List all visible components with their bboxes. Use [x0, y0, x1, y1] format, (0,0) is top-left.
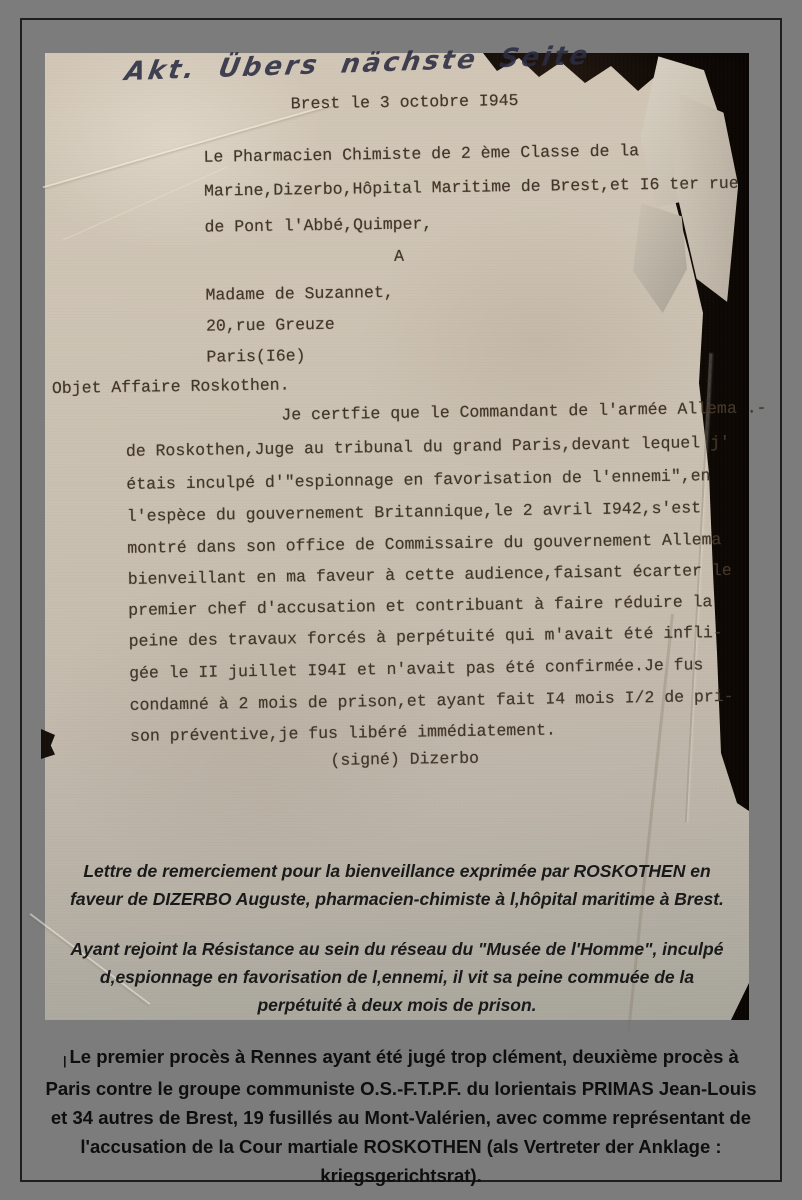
letter-line: son préventive,je fus libéré immédiateme… — [130, 721, 556, 746]
letter-line: A — [394, 247, 404, 266]
letter-line-date: Brest le 3 octobre I945 — [291, 91, 519, 113]
footnote-body: Le premier procès à Rennes ayant été jug… — [45, 1046, 756, 1186]
letter-line: Marine,Dizerbo,Hôpital Maritime de Brest… — [204, 174, 739, 201]
letter-line: Je certfie que le Commandant de l'armée … — [281, 398, 766, 424]
photo-caption-paragraph-1: Lettre de remerciement pour la bienveill… — [61, 857, 733, 913]
letter-line: Le Pharmacien Chimiste de 2 ème Classe d… — [203, 141, 639, 166]
photo-caption: Lettre de remerciement pour la bienveill… — [57, 857, 737, 1019]
letter-photograph: Akt. Übers nächste Seite Brest le 3 octo… — [45, 53, 749, 1020]
letter-line-objet: Objet Affaire Roskothen. — [52, 375, 290, 398]
letter-line: bienveillant en ma faveur à cette audien… — [128, 561, 732, 589]
letter-line: gée le II juillet I94I et n'avait pas ét… — [129, 655, 704, 683]
letter-line: Paris(I6e) — [206, 346, 305, 366]
letter-line: peine des travaux forcés à perpétuité qu… — [129, 623, 723, 651]
letter-line: condamné à 2 mois de prison,et ayant fai… — [129, 687, 733, 715]
letter-line: montré dans son office de Commissaire du… — [127, 530, 721, 558]
letter-line: de Pont l'Abbé,Quimper, — [204, 214, 432, 236]
footnote-caption: |Le premier procès à Rennes ayant été ju… — [34, 1042, 768, 1190]
letter-line: 20,rue Greuze — [206, 315, 335, 336]
footnote-mark: | — [63, 1054, 66, 1068]
letter-line: premier chef d'accusation et contribuant… — [128, 592, 712, 620]
photo-caption-paragraph-2: Ayant rejoint la Résistance au sein du r… — [61, 935, 733, 1019]
letter-line: l'espèce du gouvernement Britannique,le … — [127, 498, 702, 526]
letter-line: étais inculpé d'"espionnage en favorisat… — [126, 466, 710, 494]
letter-line-recipient: Madame de Suzannet, — [205, 283, 393, 305]
letter-line-signature: (signé) Dizerbo — [330, 749, 479, 770]
footnote-text: |Le premier procès à Rennes ayant été ju… — [39, 1042, 763, 1190]
scanned-document-page: Akt. Übers nächste Seite Brest le 3 octo… — [0, 0, 802, 1200]
letter-line: de Roskothen,Juge au tribunal du grand P… — [126, 433, 730, 461]
